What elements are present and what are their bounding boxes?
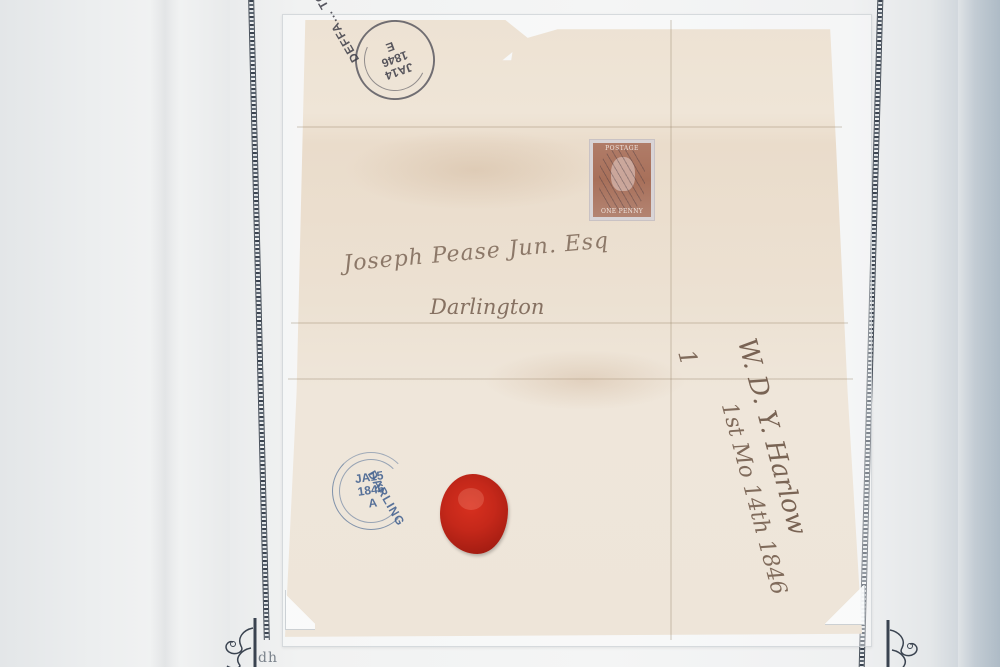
stamp-bottom-text: ONE PENNY bbox=[593, 208, 651, 215]
ornamental-border-left bbox=[248, 0, 270, 640]
penny-red-stamp: POSTAGE ONE PENNY bbox=[590, 140, 654, 220]
fold-line bbox=[291, 322, 848, 324]
red-wax-seal bbox=[440, 474, 508, 554]
maltese-cross-cancel-icon bbox=[599, 149, 645, 211]
wax-seal-highlight bbox=[458, 488, 484, 510]
page-fold-shadow bbox=[150, 0, 180, 667]
album-page-mark: dh bbox=[258, 650, 278, 666]
mount-corner-bottom-left bbox=[285, 590, 315, 630]
album-left-page bbox=[0, 0, 230, 667]
paper-stain bbox=[485, 350, 685, 410]
scroll-ornament-right-icon bbox=[880, 620, 930, 667]
fold-line bbox=[670, 20, 672, 640]
fold-line bbox=[297, 126, 842, 128]
album-photo: dh JA14 1846 E DEFFA... TON POSTAGE ONE … bbox=[0, 0, 1000, 667]
album-right-edge bbox=[958, 0, 1000, 667]
mount-corner-bottom-right bbox=[825, 585, 865, 625]
paper-stain bbox=[345, 130, 605, 210]
address-line-2: Darlington bbox=[430, 295, 544, 319]
